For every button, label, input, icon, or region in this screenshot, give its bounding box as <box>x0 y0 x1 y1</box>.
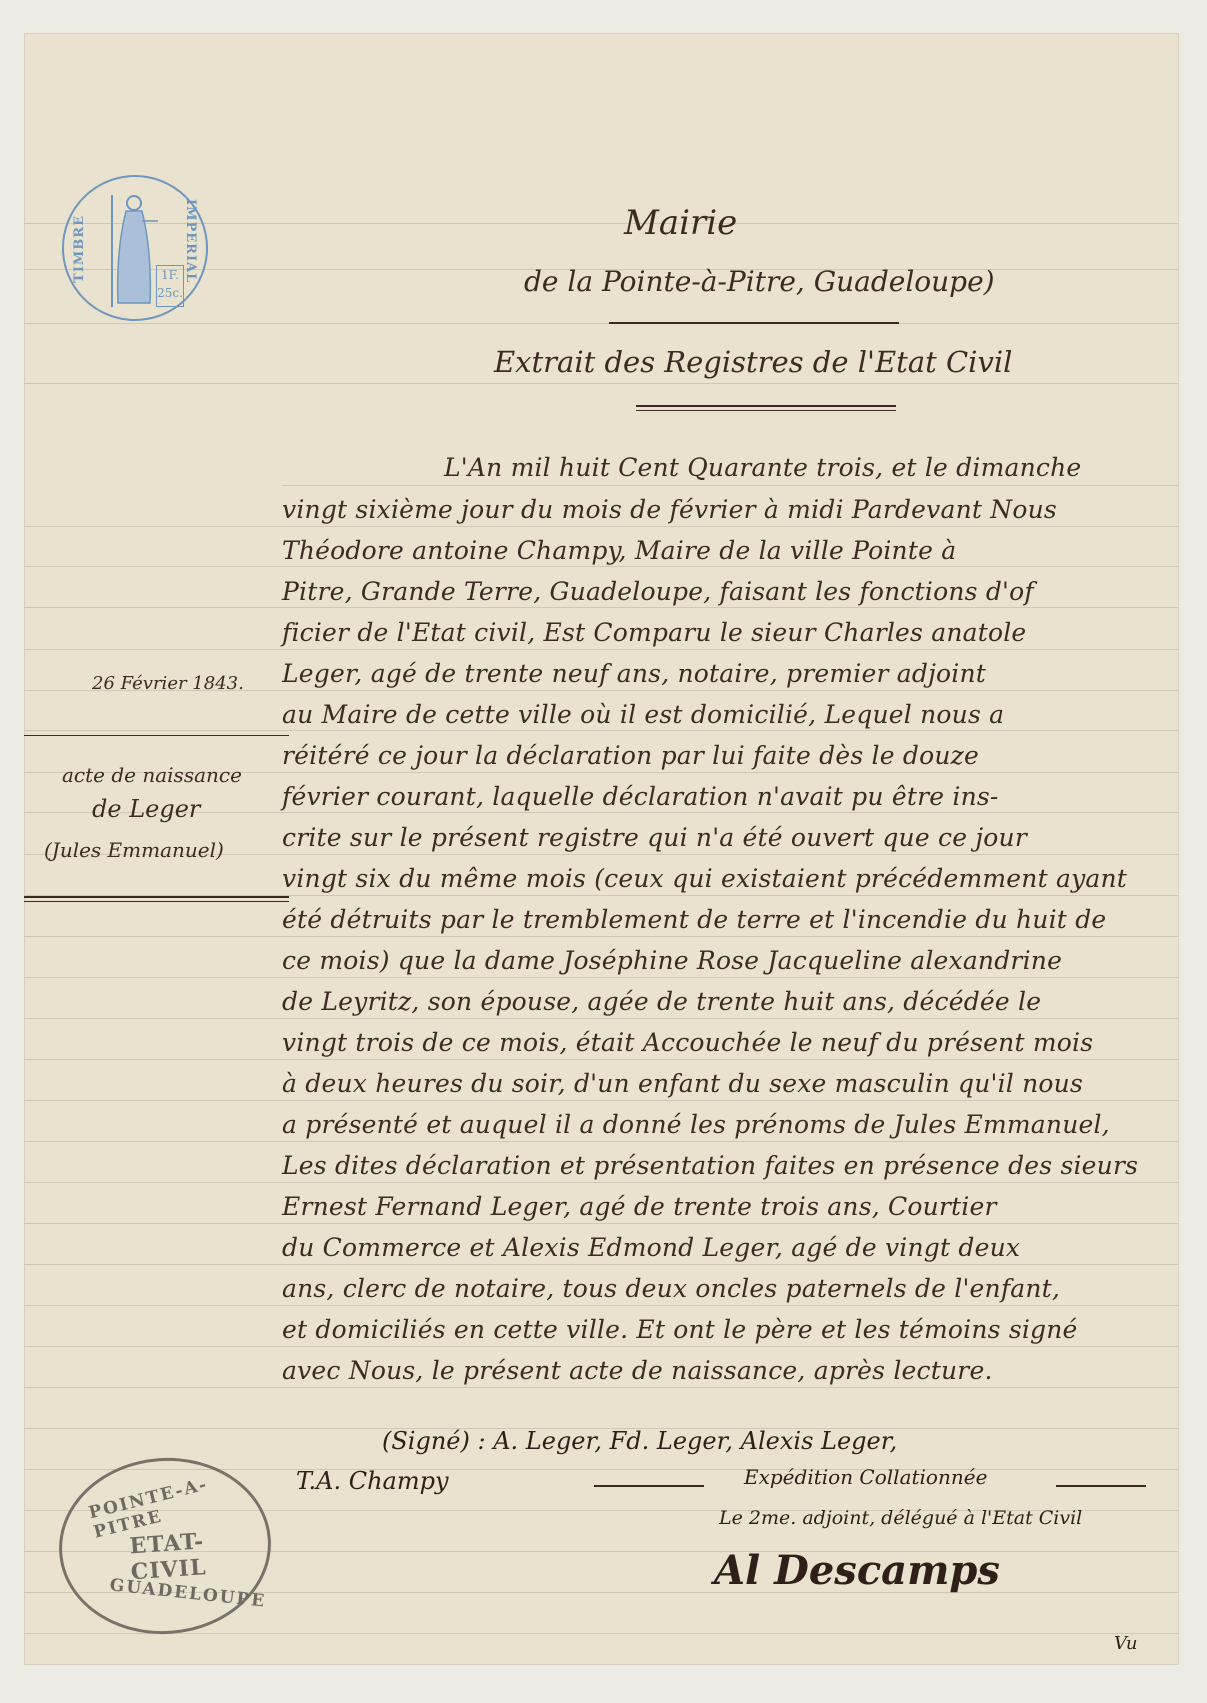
imperial-tax-stamp: TIMBRE IMPERIAL 1F. 25c. <box>62 175 208 321</box>
body-line: vingt six du même mois (ceux qui existai… <box>282 864 1162 893</box>
ruled-line <box>24 1387 1179 1388</box>
ruled-line <box>24 1059 1179 1060</box>
body-line: été détruits par le tremblement de terre… <box>282 905 1162 934</box>
ruled-line <box>24 1018 1179 1019</box>
stamp-value-franc: 1F. <box>157 266 183 284</box>
body-line: du Commerce et Alexis Edmond Leger, agé … <box>282 1233 1162 1262</box>
delegate-title: Le 2me. adjoint, délégué à l'Etat Civil <box>719 1507 1082 1529</box>
body-line: à deux heures du soir, d'un enfant du se… <box>282 1069 1162 1098</box>
margin-surname: de Leger <box>92 795 200 823</box>
ruled-line <box>24 936 1179 937</box>
expedition-note: Expédition Collationnée <box>744 1465 987 1489</box>
margin-act-type: acte de naissance <box>62 763 242 787</box>
body-line: au Maire de cette ville où il est domici… <box>282 700 1162 729</box>
stamp-left-text: TIMBRE <box>72 215 87 283</box>
margin-divider-double-lower <box>24 901 289 902</box>
stamp-value: 1F. 25c. <box>156 265 184 307</box>
ruled-line <box>24 607 1179 608</box>
body-line: crite sur le présent registre qui n'a ét… <box>282 823 1162 852</box>
body-line: ce mois) que la dame Joséphine Rose Jacq… <box>282 946 1162 975</box>
ruled-line <box>24 1100 1179 1101</box>
header-commune: de la Pointe-à-Pitre, Guadeloupe) <box>524 265 995 298</box>
margin-divider <box>24 735 289 736</box>
ruled-line <box>24 1633 1179 1634</box>
official-signature: Al Descamps <box>714 1547 1000 1594</box>
stamp-value-centimes: 25c. <box>157 284 183 302</box>
document-sheet: TIMBRE IMPERIAL 1F. 25c. Mairie de la Po… <box>24 33 1179 1665</box>
stamp-right-text: IMPERIAL <box>183 199 198 283</box>
mayor-signature: T.A. Champy <box>296 1467 449 1495</box>
body-line: Leger, agé de trente neuf ans, notaire, … <box>282 659 1162 688</box>
ruled-line <box>24 649 1179 650</box>
body-line: février courant, laquelle déclaration n'… <box>282 782 1162 811</box>
body-line: vingt trois de ce mois, était Accouchée … <box>282 1028 1162 1057</box>
body-line: réitéré ce jour la déclaration par lui f… <box>282 741 1162 770</box>
ruled-line <box>24 977 1179 978</box>
ruled-line <box>24 1141 1179 1142</box>
margin-divider-double <box>24 896 289 898</box>
ruled-line <box>24 1264 1179 1265</box>
ruled-line <box>282 485 1179 486</box>
body-line: et domiciliés en cette ville. Et ont le … <box>282 1315 1162 1344</box>
vu-mark: Vu <box>1114 1633 1137 1654</box>
ruled-line <box>24 323 1179 324</box>
ruled-line <box>24 566 1179 567</box>
justice-figure-icon <box>106 191 158 309</box>
header-mairie: Mairie <box>624 203 737 243</box>
body-line: a présenté et auquel il a donné les prén… <box>282 1110 1162 1139</box>
ruled-line <box>24 526 1179 527</box>
body-line: Pitre, Grande Terre, Guadeloupe, faisant… <box>282 577 1162 606</box>
body-line: Théodore antoine Champy, Maire de la vil… <box>282 536 1162 565</box>
body-line: ficier de l'Etat civil, Est Comparu le s… <box>282 618 1162 647</box>
body-line: Les dites déclaration et présentation fa… <box>282 1151 1162 1180</box>
body-line: Ernest Fernand Leger, agé de trente troi… <box>282 1192 1162 1221</box>
civil-registry-stamp: POINTE-A-PITRE ETAT-CIVIL GUADELOUPE <box>53 1451 277 1641</box>
header-double-rule-bottom <box>636 410 896 411</box>
margin-given-names: (Jules Emmanuel) <box>44 838 224 862</box>
body-line: vingt sixième jour du mois de février à … <box>282 495 1162 524</box>
margin-date: 26 Février 1843. <box>92 673 244 694</box>
expedition-dash <box>1056 1485 1146 1487</box>
signatures-list: (Signé) : A. Leger, Fd. Leger, Alexis Le… <box>382 1427 897 1455</box>
ruled-line <box>24 1346 1179 1347</box>
ruled-line <box>24 1305 1179 1306</box>
ruled-line <box>24 383 1179 384</box>
body-line: ans, clerc de notaire, tous deux oncles … <box>282 1274 1162 1303</box>
ruled-line <box>24 730 1179 731</box>
body-line: L'An mil huit Cent Quarante trois, et le… <box>444 453 1207 482</box>
ruled-line <box>24 1223 1179 1224</box>
ruled-line <box>24 1182 1179 1183</box>
header-double-rule-top <box>636 405 896 407</box>
header-extract-title: Extrait des Registres de l'Etat Civil <box>494 345 1012 379</box>
body-line: de Leyritz, son épouse, agée de trente h… <box>282 987 1162 1016</box>
signature-dash <box>594 1485 704 1487</box>
header-divider <box>609 322 899 324</box>
body-line: avec Nous, le présent acte de naissance,… <box>282 1356 1162 1385</box>
